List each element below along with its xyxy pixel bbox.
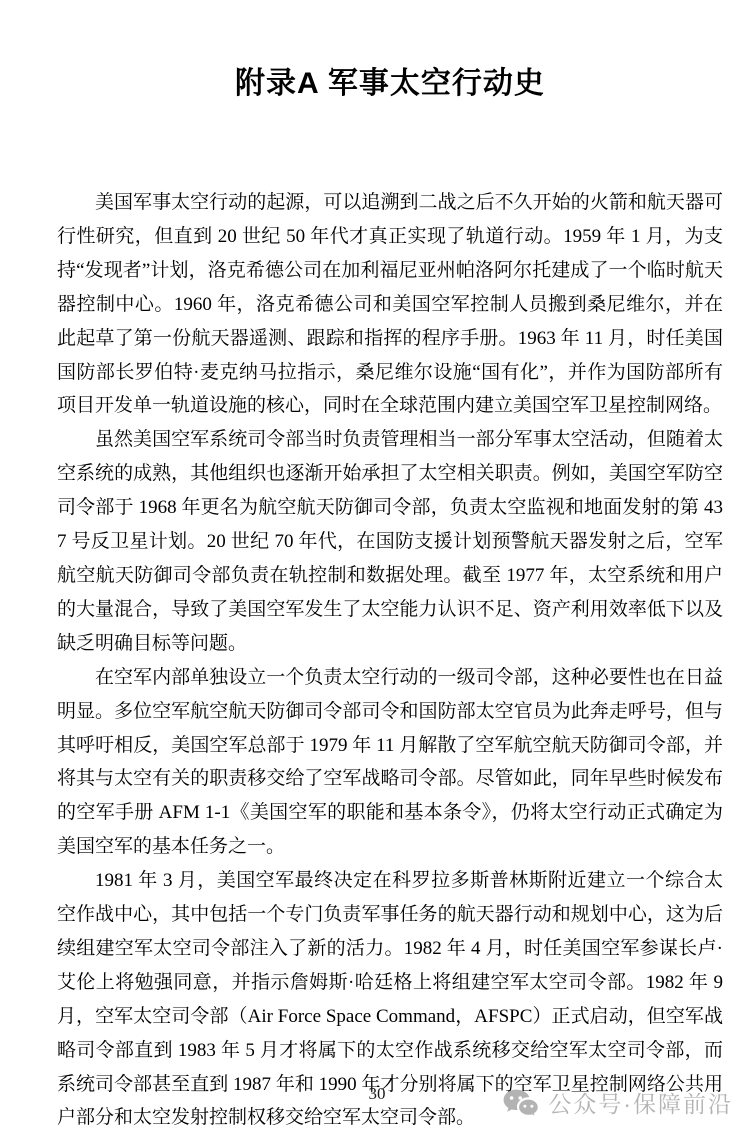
watermark: 公众号·保障前沿	[503, 1089, 733, 1119]
body-paragraph-2: 虽然美国空军系统司令部当时负责管理相当一部分军事太空活动，但随着太空系统的成熟，…	[57, 423, 723, 660]
document-page: 附录A 军事太空行动史 美国军事太空行动的起源，可以追溯到二战之后不久开始的火箭…	[0, 0, 749, 1134]
watermark-text: 公众号·保障前沿	[548, 1089, 733, 1119]
body-paragraph-1: 美国军事太空行动的起源，可以追溯到二战之后不久开始的火箭和航天器可行性研究，但直…	[57, 186, 723, 423]
page-title: 附录A 军事太空行动史	[57, 64, 723, 104]
wechat-icon	[503, 1089, 539, 1119]
document-body: 美国军事太空行动的起源，可以追溯到二战之后不久开始的火箭和航天器可行性研究，但直…	[57, 186, 723, 1134]
body-paragraph-3: 在空军内部单独设立一个负责太空行动的一级司令部，这种必要性也在日益明显。多位空军…	[57, 661, 723, 864]
